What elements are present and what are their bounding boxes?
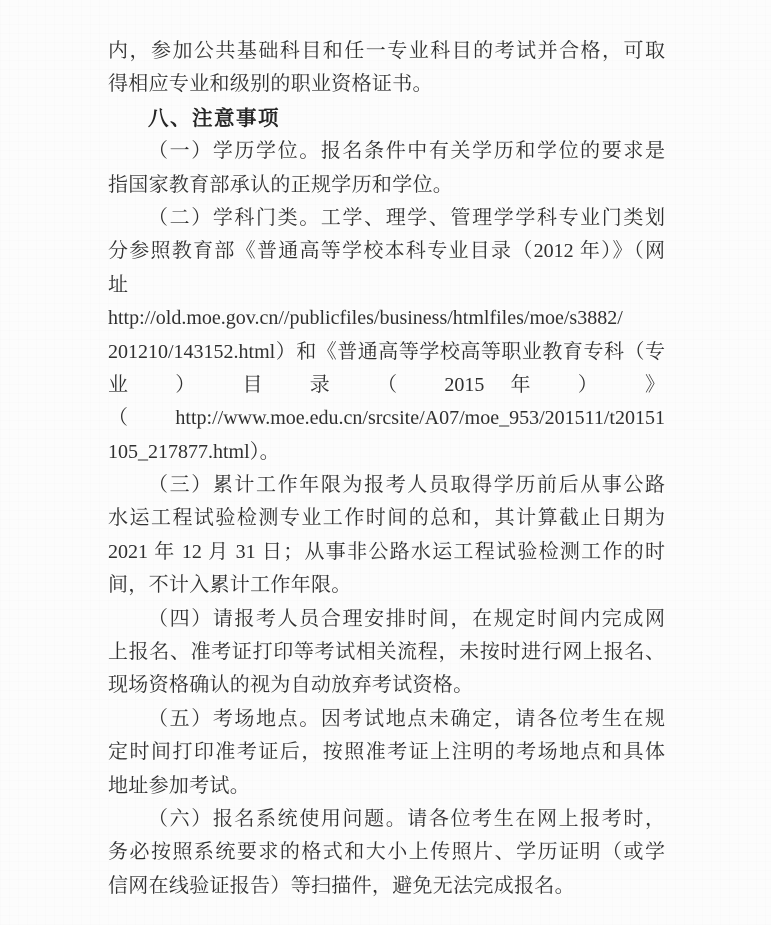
text-line: （四）请报考人员合理安排时间，在规定时间内完成网 xyxy=(108,603,665,636)
section-heading: 八、注意事项 xyxy=(108,102,665,135)
text-line: 内，参加公共基础科目和任一专业科目的考试并合格，可取 xyxy=(108,35,665,68)
text-line: 间，不计入累计工作年限。 xyxy=(108,569,665,602)
text-line: 址 xyxy=(108,269,665,302)
text-line: 2021 年 12 月 31 日；从事非公路水运工程试验检测工作的时 xyxy=(108,536,665,569)
text-line: 水运工程试验检测专业工作时间的总和，其计算截止日期为 xyxy=(108,502,665,535)
text-line: （三）累计工作年限为报考人员取得学历前后从事公路 xyxy=(108,469,665,502)
text-line: （二）学科门类。工学、理学、管理学学科专业门类划 xyxy=(108,202,665,235)
text-line: 分参照教育部《普通高等学校本科专业目录（2012 年）》（网 xyxy=(108,235,665,268)
text-line: 地址参加考试。 xyxy=(108,770,665,803)
text-line: 务必按照系统要求的格式和大小上传照片、学历证明（或学 xyxy=(108,836,665,869)
text-line: 业 ） 目 录 （ 2015 年 ） 》 xyxy=(108,369,665,402)
text-line: 信网在线验证报告）等扫描件，避免无法完成报名。 xyxy=(108,870,665,903)
text-line: 上报名、准考证打印等考试相关流程，未按时进行网上报名、 xyxy=(108,636,665,669)
text-line: 得相应专业和级别的职业资格证书。 xyxy=(108,68,665,101)
text-line: 指国家教育部承认的正规学历和学位。 xyxy=(108,169,665,202)
text-line: 201210/143152.html）和《普通高等学校高等职业教育专科（专 xyxy=(108,336,665,369)
text-line: （六）报名系统使用问题。请各位考生在网上报考时， xyxy=(108,803,665,836)
text-line: 现场资格确认的视为自动放弃考试资格。 xyxy=(108,669,665,702)
document-body: 内，参加公共基础科目和任一专业科目的考试并合格，可取得相应专业和级别的职业资格证… xyxy=(108,35,665,903)
url-text-line: 105_217877.html）。 xyxy=(108,436,665,469)
scanned-document-page: 内，参加公共基础科目和任一专业科目的考试并合格，可取得相应专业和级别的职业资格证… xyxy=(0,0,771,925)
text-line: （五）考场地点。因考试地点未确定，请各位考生在规 xyxy=(108,703,665,736)
text-line: 定时间打印准考证后，按照准考证上注明的考场地点和具体 xyxy=(108,736,665,769)
text-line: （一）学历学位。报名条件中有关学历和学位的要求是 xyxy=(108,135,665,168)
url-text-line: http://old.moe.gov.cn//publicfiles/busin… xyxy=(108,302,665,335)
url-text-line: （ http://www.moe.edu.cn/srcsite/A07/moe_… xyxy=(108,402,665,435)
